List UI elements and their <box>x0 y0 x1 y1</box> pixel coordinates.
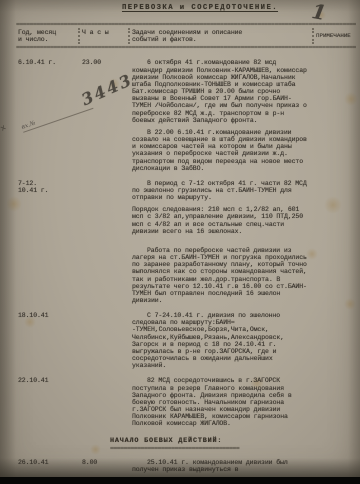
entry-paragraph: В 22.00 6.10.41 г.командование дивизии с… <box>132 129 310 172</box>
entry-hours <box>82 180 126 304</box>
table-header-row: Год, месяц и число. Ч а с ы Задачи соеди… <box>0 28 360 44</box>
table-top-rule: ========================================… <box>16 21 356 28</box>
document-title: ПЕРЕВОЗКА и СОСРЕДОТОЧЕНИЕ. <box>80 5 320 12</box>
entry-paragraph: С 7-24.10.41 г. дивизия по эшелонно след… <box>132 312 310 369</box>
header-events-column: Задачи соединениям и описание событий и … <box>132 29 310 43</box>
entry-date: 18.10.41 <box>18 312 76 369</box>
entry-hours <box>82 312 126 369</box>
scan-bottom-edge <box>0 477 360 484</box>
journal-entry-row: 18.10.41 С 7-24.10.41 г. дивизия по эшел… <box>0 312 360 369</box>
entry-paragraph: Работа по переброске частей дивизии из л… <box>132 247 310 304</box>
table-header-bottom-rule: ========================================… <box>16 44 356 51</box>
entry-paragraph: В период с 7-12 октября 41 г. части 82 М… <box>132 180 310 201</box>
entry-paragraph: 6 октября 41 г.командование 82 мсд коман… <box>132 59 310 123</box>
journal-entry-row: 22.10.41 82 МСД сосредоточившись в г.ЗАГ… <box>0 377 360 427</box>
column-separator <box>78 28 80 44</box>
entry-text: С 7-24.10.41 г. дивизия по эшелонно след… <box>132 312 310 369</box>
entry-text: 82 МСД сосредоточившись в г.ЗАГОРСК пост… <box>132 377 310 427</box>
header-hours-column: Ч а с ы <box>82 29 126 43</box>
journal-entry-row: 26.10.41 8.00 25.10.41 г. командованием … <box>0 459 360 473</box>
entry-date: 26.10.41 <box>18 459 76 473</box>
column-separator <box>312 28 314 44</box>
entry-paragraph: 25.10.41 г. командованием дивизии был по… <box>132 459 310 473</box>
entry-paragraph: Порядок следования: 210 мсп с 1,2/82 ап,… <box>132 206 310 235</box>
entry-paragraph: 82 МСД сосредоточившись в г.ЗАГОРСК пост… <box>132 377 310 427</box>
section-heading: НАЧАЛО БОЕВЫХ ДЕЙСТВИЙ: <box>110 438 260 445</box>
entry-date: 7-12. 10.41 г. <box>18 180 76 304</box>
header-date-column: Год, месяц и число. <box>18 29 76 43</box>
entry-text: В период с 7-12 октября 41 г. части 82 М… <box>132 180 310 304</box>
section-heading-block: НАЧАЛО БОЕВЫХ ДЕЙСТВИЙ: ================… <box>110 438 260 451</box>
scanned-document-page: ПЕРЕВОЗКА и СОСРЕДОТОЧЕНИЕ. ============… <box>0 0 360 484</box>
entry-text: 6 октября 41 г.командование 82 мсд коман… <box>132 59 310 171</box>
header-remark-column: ПРИМЕЧАНИЕ <box>316 29 356 43</box>
column-separator <box>128 28 130 44</box>
entry-hours: 8.00 <box>82 459 126 473</box>
entry-text: 25.10.41 г. командованием дивизии был по… <box>132 459 310 473</box>
section-heading-underline: ====================================== <box>110 445 242 451</box>
entry-date: 22.10.41 <box>18 377 76 427</box>
journal-entry-row: 7-12. 10.41 г. В период с 7-12 октября 4… <box>0 180 360 304</box>
entry-hours <box>82 377 126 427</box>
